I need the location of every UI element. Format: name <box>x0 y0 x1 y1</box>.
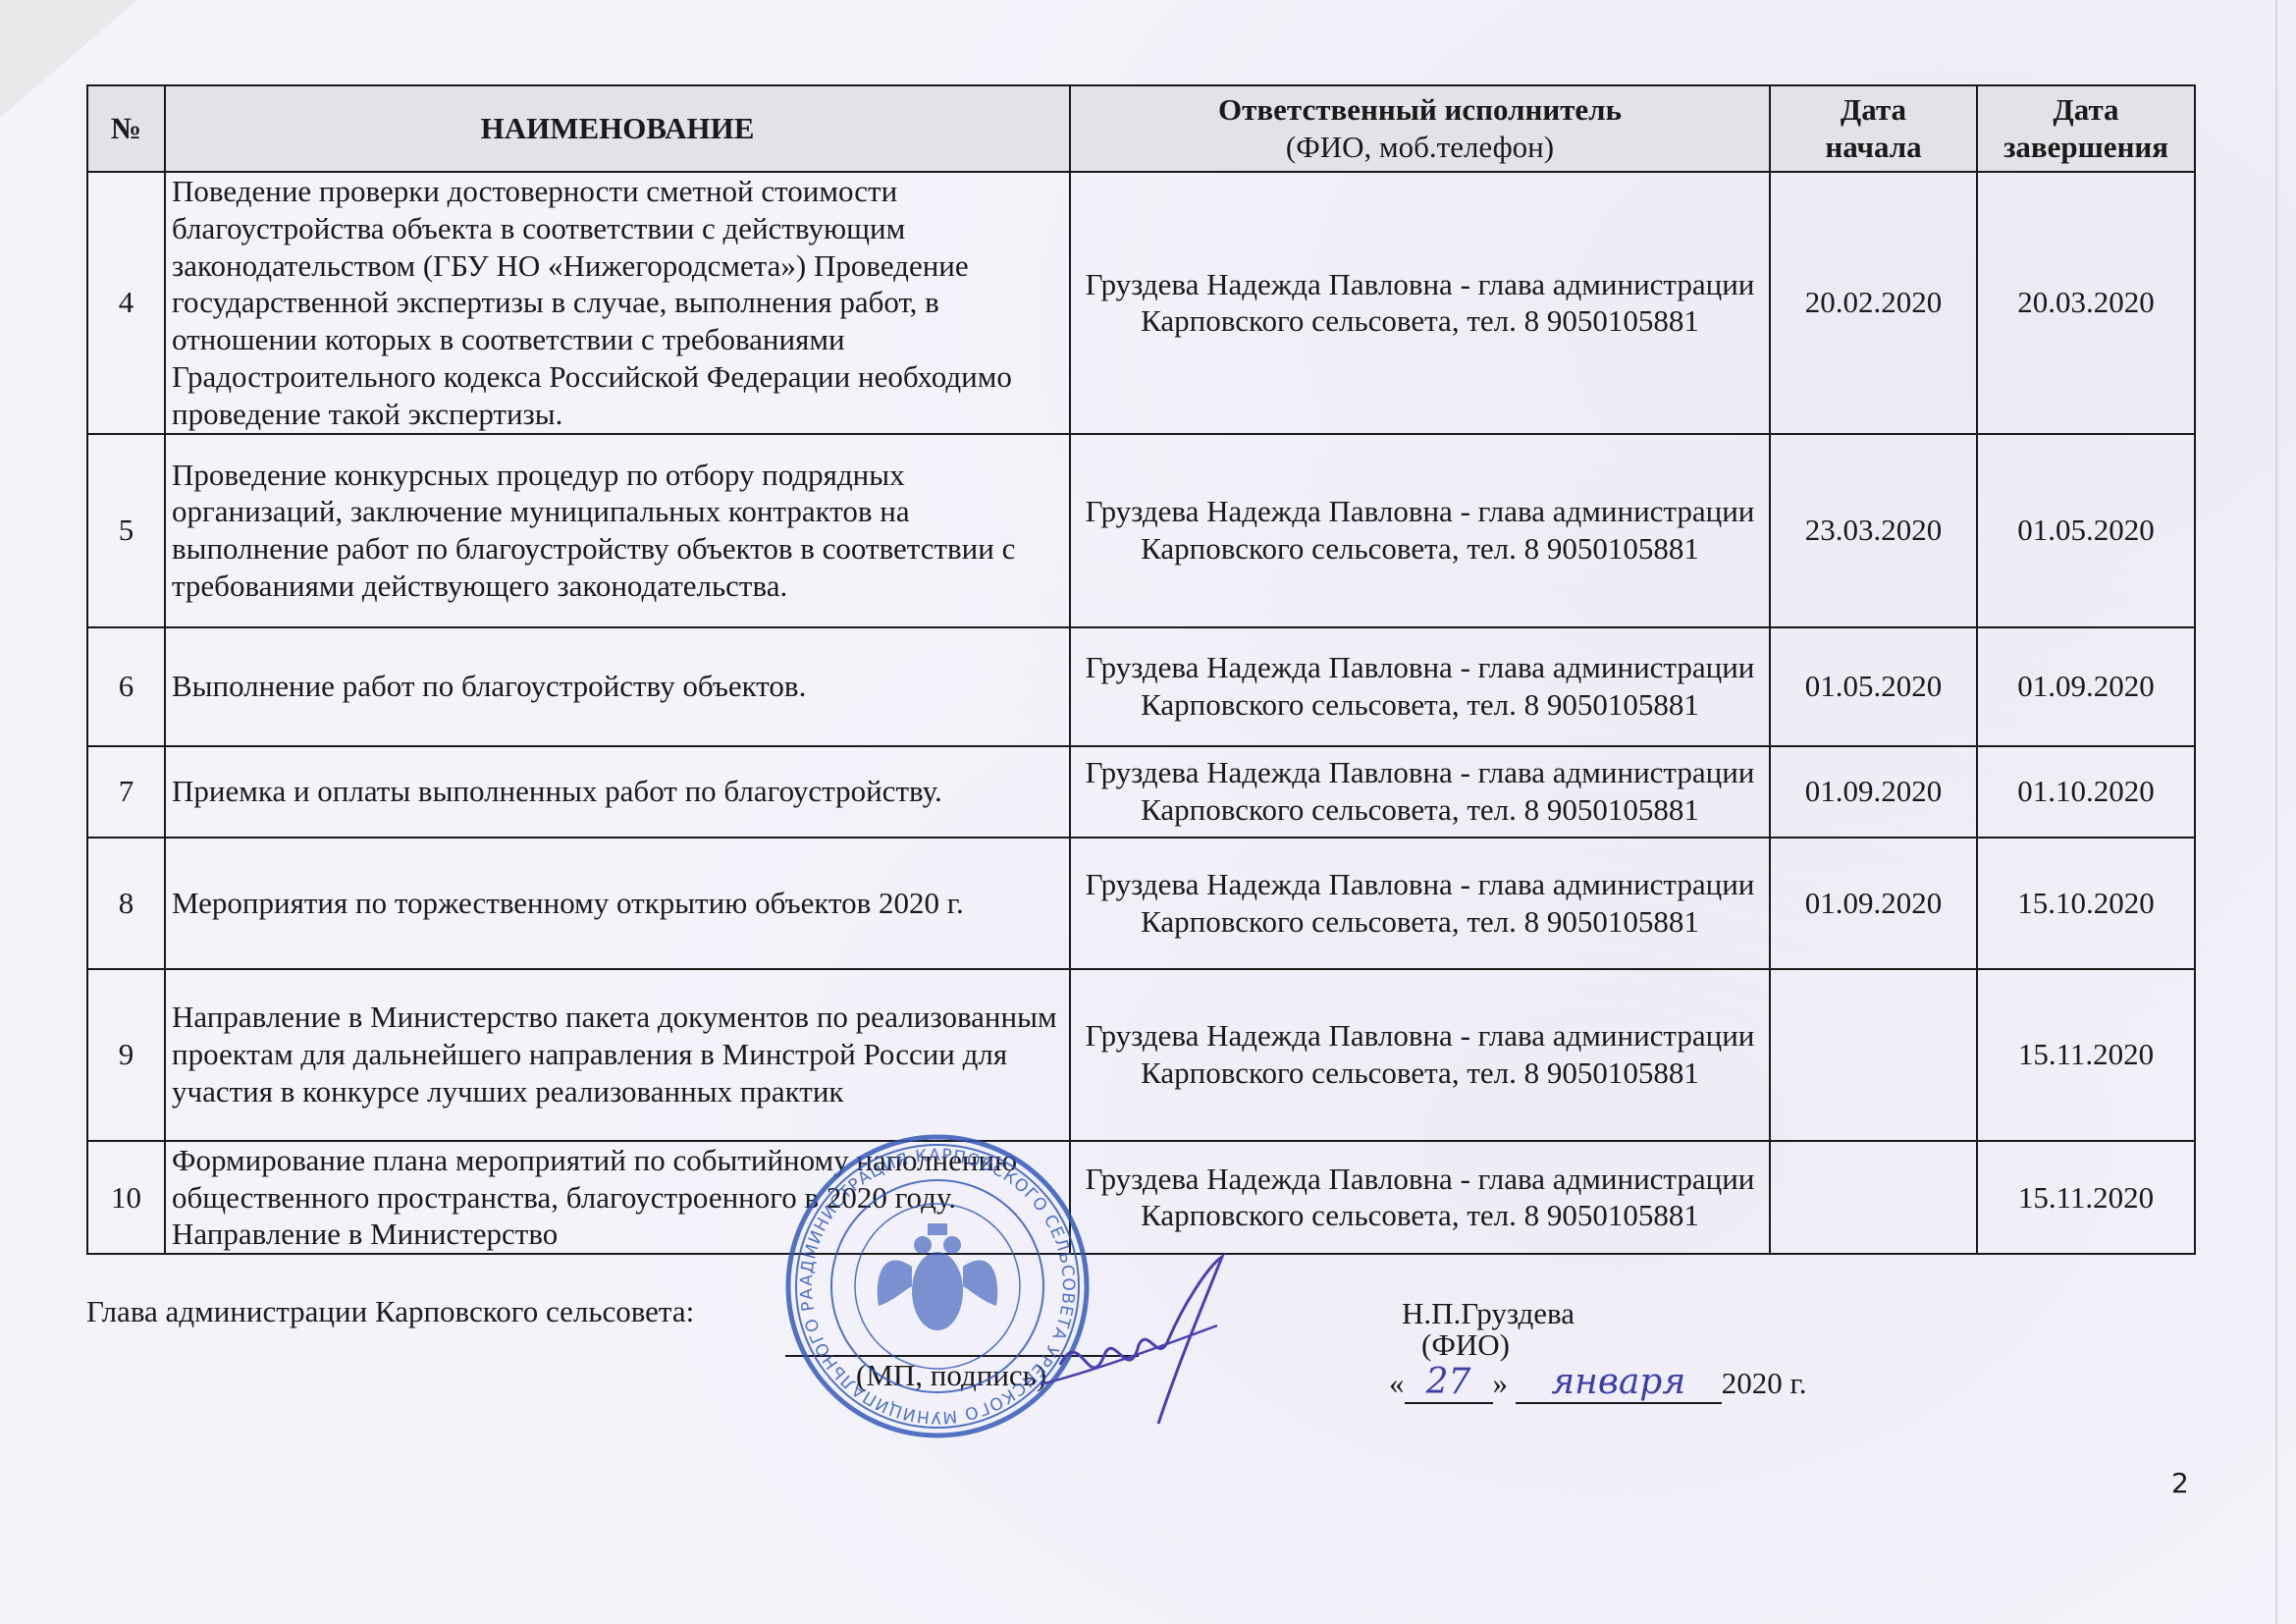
header-start-line2: начала <box>1777 129 1970 166</box>
scan-edge <box>2275 0 2277 1624</box>
row-responsible: Груздева Надежда Павловна - глава админи… <box>1070 434 1770 627</box>
row-name: Поведение проверки достоверности сметной… <box>165 172 1070 434</box>
row-start-date: 01.09.2020 <box>1770 838 1977 969</box>
roadmap-table: № НАИМЕНОВАНИЕ Ответственный исполнитель… <box>86 84 2196 1255</box>
row-number: 7 <box>87 746 165 838</box>
header-end-line1: Дата <box>1984 91 2188 129</box>
date-close-quote: » <box>1493 1366 1509 1400</box>
header-name: НАИМЕНОВАНИЕ <box>165 85 1070 172</box>
row-start-date <box>1770 1141 1977 1254</box>
header-start-line1: Дата <box>1777 91 1970 129</box>
table-header-row: № НАИМЕНОВАНИЕ Ответственный исполнитель… <box>87 85 2195 172</box>
row-name: Формирование плана мероприятий по событи… <box>165 1141 1070 1254</box>
row-number: 6 <box>87 627 165 746</box>
row-start-date <box>1770 969 1977 1141</box>
header-end-line2: завершения <box>1984 129 2188 166</box>
row-start-date: 20.02.2020 <box>1770 172 1977 434</box>
row-name: Выполнение работ по благоустройству объе… <box>165 627 1070 746</box>
row-number: 9 <box>87 969 165 1141</box>
table-row: 8 Мероприятия по торжественному открытию… <box>87 838 2195 969</box>
date-year: 2020 г. <box>1722 1366 1807 1400</box>
header-responsible: Ответственный исполнитель (ФИО, моб.теле… <box>1070 85 1770 172</box>
row-end-date: 01.05.2020 <box>1977 434 2195 627</box>
row-responsible: Груздева Надежда Павловна - глава админи… <box>1070 1141 1770 1254</box>
row-name: Проведение конкурсных процедур по отбору… <box>165 434 1070 627</box>
header-responsible-title: Ответственный исполнитель <box>1077 91 1763 129</box>
signature-line <box>785 1355 1139 1357</box>
header-end-date: Дата завершения <box>1977 85 2195 172</box>
row-end-date: 15.11.2020 <box>1977 969 2195 1141</box>
row-end-date: 15.10.2020 <box>1977 838 2195 969</box>
page-number: 2 <box>2171 1467 2189 1499</box>
date-month-handwritten: января <box>1516 1362 1722 1404</box>
row-end-date: 01.09.2020 <box>1977 627 2195 746</box>
signatory-name: Н.П.Груздева <box>1402 1296 1575 1331</box>
table-row: 7 Приемка и оплаты выполненных работ по … <box>87 746 2195 838</box>
row-end-date: 15.11.2020 <box>1977 1141 2195 1254</box>
row-responsible: Груздева Надежда Павловна - глава админи… <box>1070 627 1770 746</box>
row-name: Направление в Министерство пакета докуме… <box>165 969 1070 1141</box>
row-number: 10 <box>87 1141 165 1254</box>
row-responsible: Груздева Надежда Павловна - глава админи… <box>1070 746 1770 838</box>
row-responsible: Груздева Надежда Павловна - глава админи… <box>1070 838 1770 969</box>
row-start-date: 01.09.2020 <box>1770 746 1977 838</box>
date-open-quote: « <box>1389 1366 1405 1400</box>
header-num: № <box>87 85 165 172</box>
signature-caption: (МП, подпись) <box>856 1358 1046 1393</box>
table-row: 5 Проведение конкурсных процедур по отбо… <box>87 434 2195 627</box>
signature-date: «27» января2020 г. <box>1389 1362 1806 1404</box>
row-number: 8 <box>87 838 165 969</box>
row-name: Приемка и оплаты выполненных работ по бл… <box>165 746 1070 838</box>
header-responsible-subtitle: (ФИО, моб.телефон) <box>1077 129 1763 166</box>
signatory-title: Глава администрации Карповского сельсове… <box>86 1294 694 1329</box>
table-row: 6 Выполнение работ по благоустройству об… <box>87 627 2195 746</box>
table-row: 4 Поведение проверки достоверности сметн… <box>87 172 2195 434</box>
row-number: 4 <box>87 172 165 434</box>
row-end-date: 20.03.2020 <box>1977 172 2195 434</box>
header-start-date: Дата начала <box>1770 85 1977 172</box>
row-responsible: Груздева Надежда Павловна - глава админи… <box>1070 969 1770 1141</box>
row-start-date: 23.03.2020 <box>1770 434 1977 627</box>
row-name: Мероприятия по торжественному открытию о… <box>165 838 1070 969</box>
row-responsible: Груздева Надежда Павловна - глава админи… <box>1070 172 1770 434</box>
row-end-date: 01.10.2020 <box>1977 746 2195 838</box>
table-row: 10 Формирование плана мероприятий по соб… <box>87 1141 2195 1254</box>
handwritten-signature-icon <box>1021 1247 1247 1434</box>
row-start-date: 01.05.2020 <box>1770 627 1977 746</box>
row-number: 5 <box>87 434 165 627</box>
date-day-handwritten: 27 <box>1405 1362 1493 1404</box>
fio-caption: (ФИО) <box>1421 1327 1510 1363</box>
table-row: 9 Направление в Министерство пакета доку… <box>87 969 2195 1141</box>
